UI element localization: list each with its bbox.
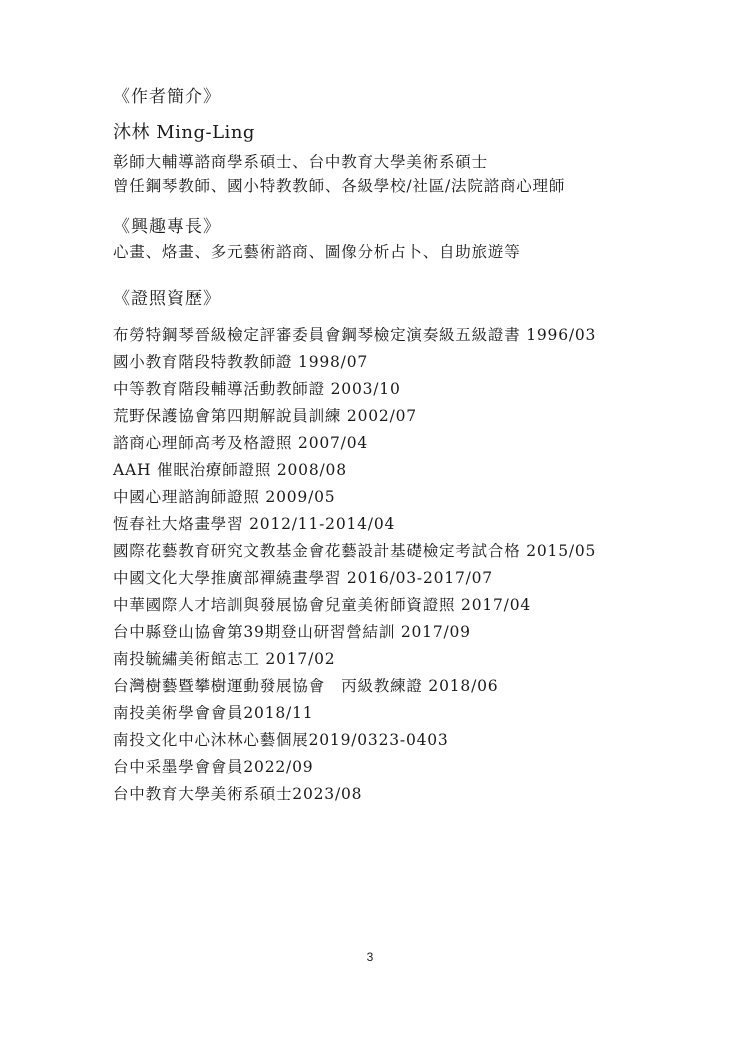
- certification-item: 南投美術學會會員2018/11: [113, 700, 660, 727]
- section-author-intro: 《作者簡介》 沐林 Ming-Ling 彰師大輔導諮商學系碩士、台中教育大學美術…: [113, 88, 660, 198]
- page-number: 3: [367, 950, 374, 964]
- certification-item: 台中縣登山協會第39期登山研習營結訓 2017/09: [113, 619, 660, 646]
- certification-list: 布勞特鋼琴晉級檢定評審委員會鋼琴檢定演奏級五級證書 1996/03 國小教育階段…: [113, 322, 660, 808]
- interests-line: 心畫、烙畫、多元藝術諮商、圖像分析占卜、自助旅遊等: [113, 240, 660, 264]
- certification-item: 台中采墨學會會員2022/09: [113, 754, 660, 781]
- page-content: 《作者簡介》 沐林 Ming-Ling 彰師大輔導諮商學系碩士、台中教育大學美術…: [0, 0, 740, 808]
- certification-item: 諮商心理師高考及格證照 2007/04: [113, 430, 660, 457]
- certification-item: 中國文化大學推廣部禪繞畫學習 2016/03-2017/07: [113, 565, 660, 592]
- certification-item: 中華國際人才培訓與發展協會兒童美術師資證照 2017/04: [113, 592, 660, 619]
- certification-item: 國小教育階段特教教師證 1998/07: [113, 349, 660, 376]
- certification-item: 台中教育大學美術系碩士2023/08: [113, 781, 660, 808]
- certification-item: 國際花藝教育研究文教基金會花藝設計基礎檢定考試合格 2015/05: [113, 538, 660, 565]
- certification-item: 布勞特鋼琴晉級檢定評審委員會鋼琴檢定演奏級五級證書 1996/03: [113, 322, 660, 349]
- author-name: 沐林 Ming-Ling: [113, 122, 660, 144]
- author-degrees-line: 彰師大輔導諮商學系碩士、台中教育大學美術系碩士: [113, 150, 660, 174]
- section-certifications: 《證照資歷》 布勞特鋼琴晉級檢定評審委員會鋼琴檢定演奏級五級證書 1996/03…: [113, 290, 660, 808]
- certification-item: 台灣樹藝暨攀樹運動發展協會 丙級教練證 2018/06: [113, 673, 660, 700]
- section-interests: 《興趣專長》 心畫、烙畫、多元藝術諮商、圖像分析占卜、自助旅遊等: [113, 218, 660, 264]
- certification-item: 荒野保護協會第四期解說員訓練 2002/07: [113, 403, 660, 430]
- section-heading-interests: 《興趣專長》: [113, 218, 660, 236]
- certification-item: 恆春社大烙畫學習 2012/11-2014/04: [113, 511, 660, 538]
- page-footer: 3: [0, 946, 740, 965]
- section-heading-author: 《作者簡介》: [113, 88, 660, 106]
- document-page: 《作者簡介》 沐林 Ming-Ling 彰師大輔導諮商學系碩士、台中教育大學美術…: [0, 0, 740, 1046]
- certification-item: AAH 催眠治療師證照 2008/08: [113, 457, 660, 484]
- certification-item: 南投文化中心沐林心藝個展2019/0323-0403: [113, 727, 660, 754]
- certification-item: 中國心理諮詢師證照 2009/05: [113, 484, 660, 511]
- certification-item: 南投毓繡美術館志工 2017/02: [113, 646, 660, 673]
- section-heading-certifications: 《證照資歷》: [113, 290, 660, 308]
- author-details: 彰師大輔導諮商學系碩士、台中教育大學美術系碩士 曾任鋼琴教師、國小特教教師、各級…: [113, 150, 660, 198]
- certification-item: 中等教育階段輔導活動教師證 2003/10: [113, 376, 660, 403]
- author-experience-line: 曾任鋼琴教師、國小特教教師、各級學校/社區/法院諮商心理師: [113, 174, 660, 198]
